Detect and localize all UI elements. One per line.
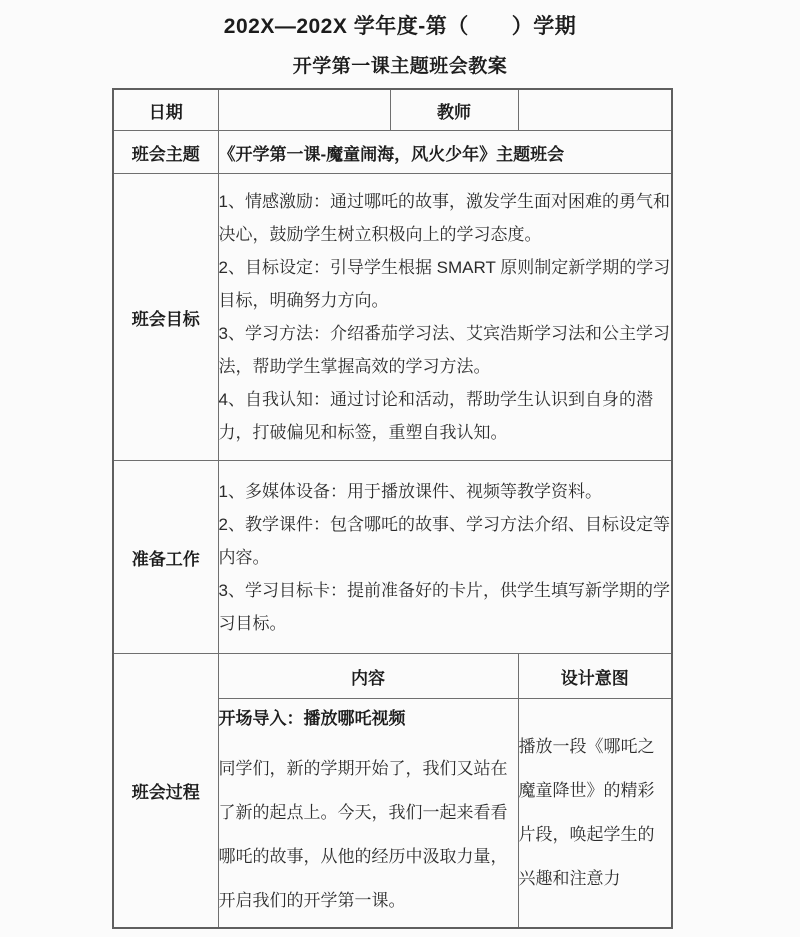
content-header-cell: 内容 xyxy=(218,654,518,699)
teacher-value-cell xyxy=(518,89,672,131)
goal-item: 3、学习方法：介绍番茄学习法、艾宾浩斯学习法和公主学习法，帮助学生掌握高效的学习… xyxy=(219,317,672,383)
page-title-line1: 202X—202X 学年度-第（ ）学期 xyxy=(0,14,800,40)
process-content-title: 开场导入：播放哪吒视频 xyxy=(219,704,518,734)
process-label-cell: 班会过程 xyxy=(113,654,218,929)
intent-content-cell: 播放一段《哪吒之魔童降世》的精彩片段，唤起学生的兴趣和注意力 xyxy=(518,699,672,929)
prep-item: 3、学习目标卡：提前准备好的卡片，供学生填写新学期的学习目标。 xyxy=(219,574,672,640)
date-label-cell: 日期 xyxy=(113,89,218,131)
intent-text: 播放一段《哪吒之魔童降世》的精彩片段，唤起学生的兴趣和注意力 xyxy=(519,725,672,901)
preparation-row: 准备工作 1、多媒体设备：用于播放课件、视频等教学资料。 2、教学课件：包含哪吒… xyxy=(113,461,672,654)
theme-value-cell: 《开学第一课-魔童闹海，风火少年》主题班会 xyxy=(218,131,672,174)
date-value-cell xyxy=(218,89,390,131)
theme-row: 班会主题 《开学第一课-魔童闹海，风火少年》主题班会 xyxy=(113,131,672,174)
lesson-plan-table: 日期 教师 班会主题 《开学第一课-魔童闹海，风火少年》主题班会 班会目标 1、… xyxy=(112,88,673,929)
process-content-cell: 开场导入：播放哪吒视频 同学们，新的学期开始了，我们又站在了新的起点上。今天，我… xyxy=(218,699,518,929)
goal-item: 2、目标设定：引导学生根据 SMART 原则制定新学期的学习目标，明确努力方向。 xyxy=(219,251,672,317)
preparation-content-cell: 1、多媒体设备：用于播放课件、视频等教学资料。 2、教学课件：包含哪吒的故事、学… xyxy=(218,461,672,654)
goals-label-cell: 班会目标 xyxy=(113,174,218,461)
goal-item: 1、情感激励：通过哪吒的故事，激发学生面对困难的勇气和决心，鼓励学生树立积极向上… xyxy=(219,185,672,251)
goal-item: 4、自我认知：通过讨论和活动，帮助学生认识到自身的潜力，打破偏见和标签，重塑自我… xyxy=(219,383,672,449)
process-header-row: 班会过程 内容 设计意图 xyxy=(113,654,672,699)
document-page: 202X—202X 学年度-第（ ）学期 开学第一课主题班会教案 日期 教师 班… xyxy=(0,14,800,929)
goals-content-cell: 1、情感激励：通过哪吒的故事，激发学生面对困难的勇气和决心，鼓励学生树立积极向上… xyxy=(218,174,672,461)
preparation-label-cell: 准备工作 xyxy=(113,461,218,654)
prep-item: 2、教学课件：包含哪吒的故事、学习方法介绍、目标设定等内容。 xyxy=(219,508,672,574)
prep-item: 1、多媒体设备：用于播放课件、视频等教学资料。 xyxy=(219,475,672,508)
intent-header-cell: 设计意图 xyxy=(518,654,672,699)
process-content-paragraph: 同学们，新的学期开始了，我们又站在了新的起点上。今天，我们一起来看看哪吒的故事，… xyxy=(219,747,518,923)
theme-label-cell: 班会主题 xyxy=(113,131,218,174)
teacher-label-cell: 教师 xyxy=(390,89,518,131)
date-teacher-row: 日期 教师 xyxy=(113,89,672,131)
goals-row: 班会目标 1、情感激励：通过哪吒的故事，激发学生面对困难的勇气和决心，鼓励学生树… xyxy=(113,174,672,461)
page-title-line2: 开学第一课主题班会教案 xyxy=(0,55,800,79)
